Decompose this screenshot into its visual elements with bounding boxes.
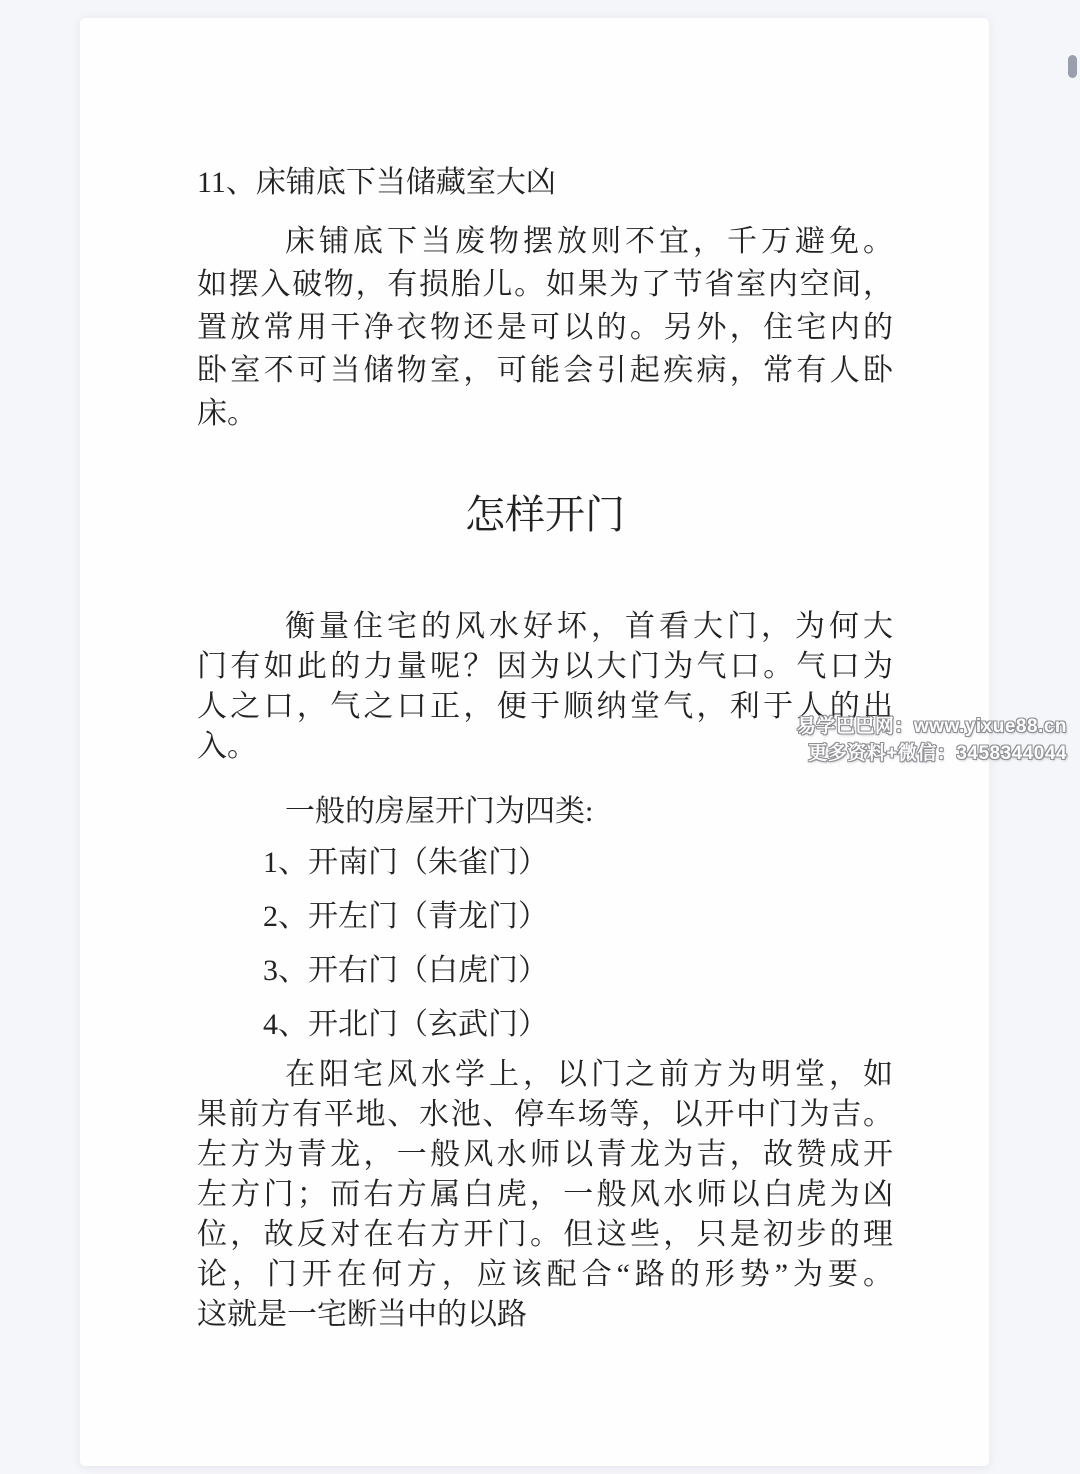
text-line: 衡量住宅的风水好坏，首看大门，为何大 bbox=[197, 607, 893, 647]
text-line: 在阳宅风水学上，以门之前方为明堂，如 bbox=[197, 1055, 893, 1095]
text-line: 左方为青龙，一般风水师以青龙为吉，故赞成开 bbox=[197, 1135, 893, 1175]
paragraph-door-importance: 衡量住宅的风水好坏，首看大门，为何大 门有如此的力量呢？因为以大门为气口。气口为… bbox=[197, 607, 893, 767]
door-type-item: 4、开北门（玄武门） bbox=[197, 1010, 893, 1040]
watermark-wechat-line: 更多资料+微信：3458344044 bbox=[797, 740, 1067, 767]
door-list-intro: 一般的房屋开门为四类: bbox=[197, 792, 893, 832]
text-line: 如摆入破物，有损胎儿。如果为了节省室内空间， bbox=[197, 263, 893, 306]
text-line: 门有如此的力量呢？因为以大门为气口。气口为 bbox=[197, 647, 893, 687]
text-line: 这就是一宅断当中的以路 bbox=[197, 1295, 893, 1335]
scrollbar-thumb[interactable] bbox=[1068, 55, 1077, 78]
text-line: 人之口，气之口正，便于顺纳堂气，利于人的出 bbox=[197, 687, 893, 727]
text-line: 床。 bbox=[197, 392, 893, 435]
text-line: 卧室不可当储物室，可能会引起疾病，常有人卧 bbox=[197, 349, 893, 392]
door-type-list: 1、开南门（朱雀门） 2、开左门（青龙门） 3、开右门（白虎门） 4、开北门（玄… bbox=[197, 848, 893, 1064]
text-line: 置放常用干净衣物还是可以的。另外，住宅内的 bbox=[197, 306, 893, 349]
text-line: 入。 bbox=[197, 727, 893, 767]
text-line: 床铺底下当废物摆放则不宜，千万避免。 bbox=[197, 220, 893, 263]
paragraph-bed-storage: 床铺底下当废物摆放则不宜，千万避免。 如摆入破物，有损胎儿。如果为了节省室内空间… bbox=[197, 220, 893, 435]
document-viewer: 11、床铺底下当储藏室大凶 床铺底下当废物摆放则不宜，千万避免。 如摆入破物，有… bbox=[0, 0, 1080, 1474]
watermark-site-line: 易学巴巴网：www.yixue88.cn bbox=[797, 713, 1067, 740]
site-watermark: 易学巴巴网：www.yixue88.cn 更多资料+微信：3458344044 bbox=[797, 713, 1067, 767]
text-line: 左方门；而右方属白虎，一般风水师以白虎为凶 bbox=[197, 1175, 893, 1215]
door-type-item: 1、开南门（朱雀门） bbox=[197, 848, 893, 878]
text-line: 位，故反对在右方开门。但这些，只是初步的理 bbox=[197, 1215, 893, 1255]
text-line: 果前方有平地、水池、停车场等，以开中门为吉。 bbox=[197, 1095, 893, 1135]
paragraph-door-theory: 在阳宅风水学上，以门之前方为明堂，如 果前方有平地、水池、停车场等，以开中门为吉… bbox=[197, 1055, 893, 1335]
chapter-heading: 怎样开门 bbox=[197, 493, 893, 537]
text-line: 论，门开在何方，应该配合“路的形势”为要。 bbox=[197, 1255, 893, 1295]
door-type-item: 2、开左门（青龙门） bbox=[197, 902, 893, 932]
section-title: 11、床铺底下当储藏室大凶 bbox=[197, 165, 893, 201]
door-type-item: 3、开右门（白虎门） bbox=[197, 956, 893, 986]
